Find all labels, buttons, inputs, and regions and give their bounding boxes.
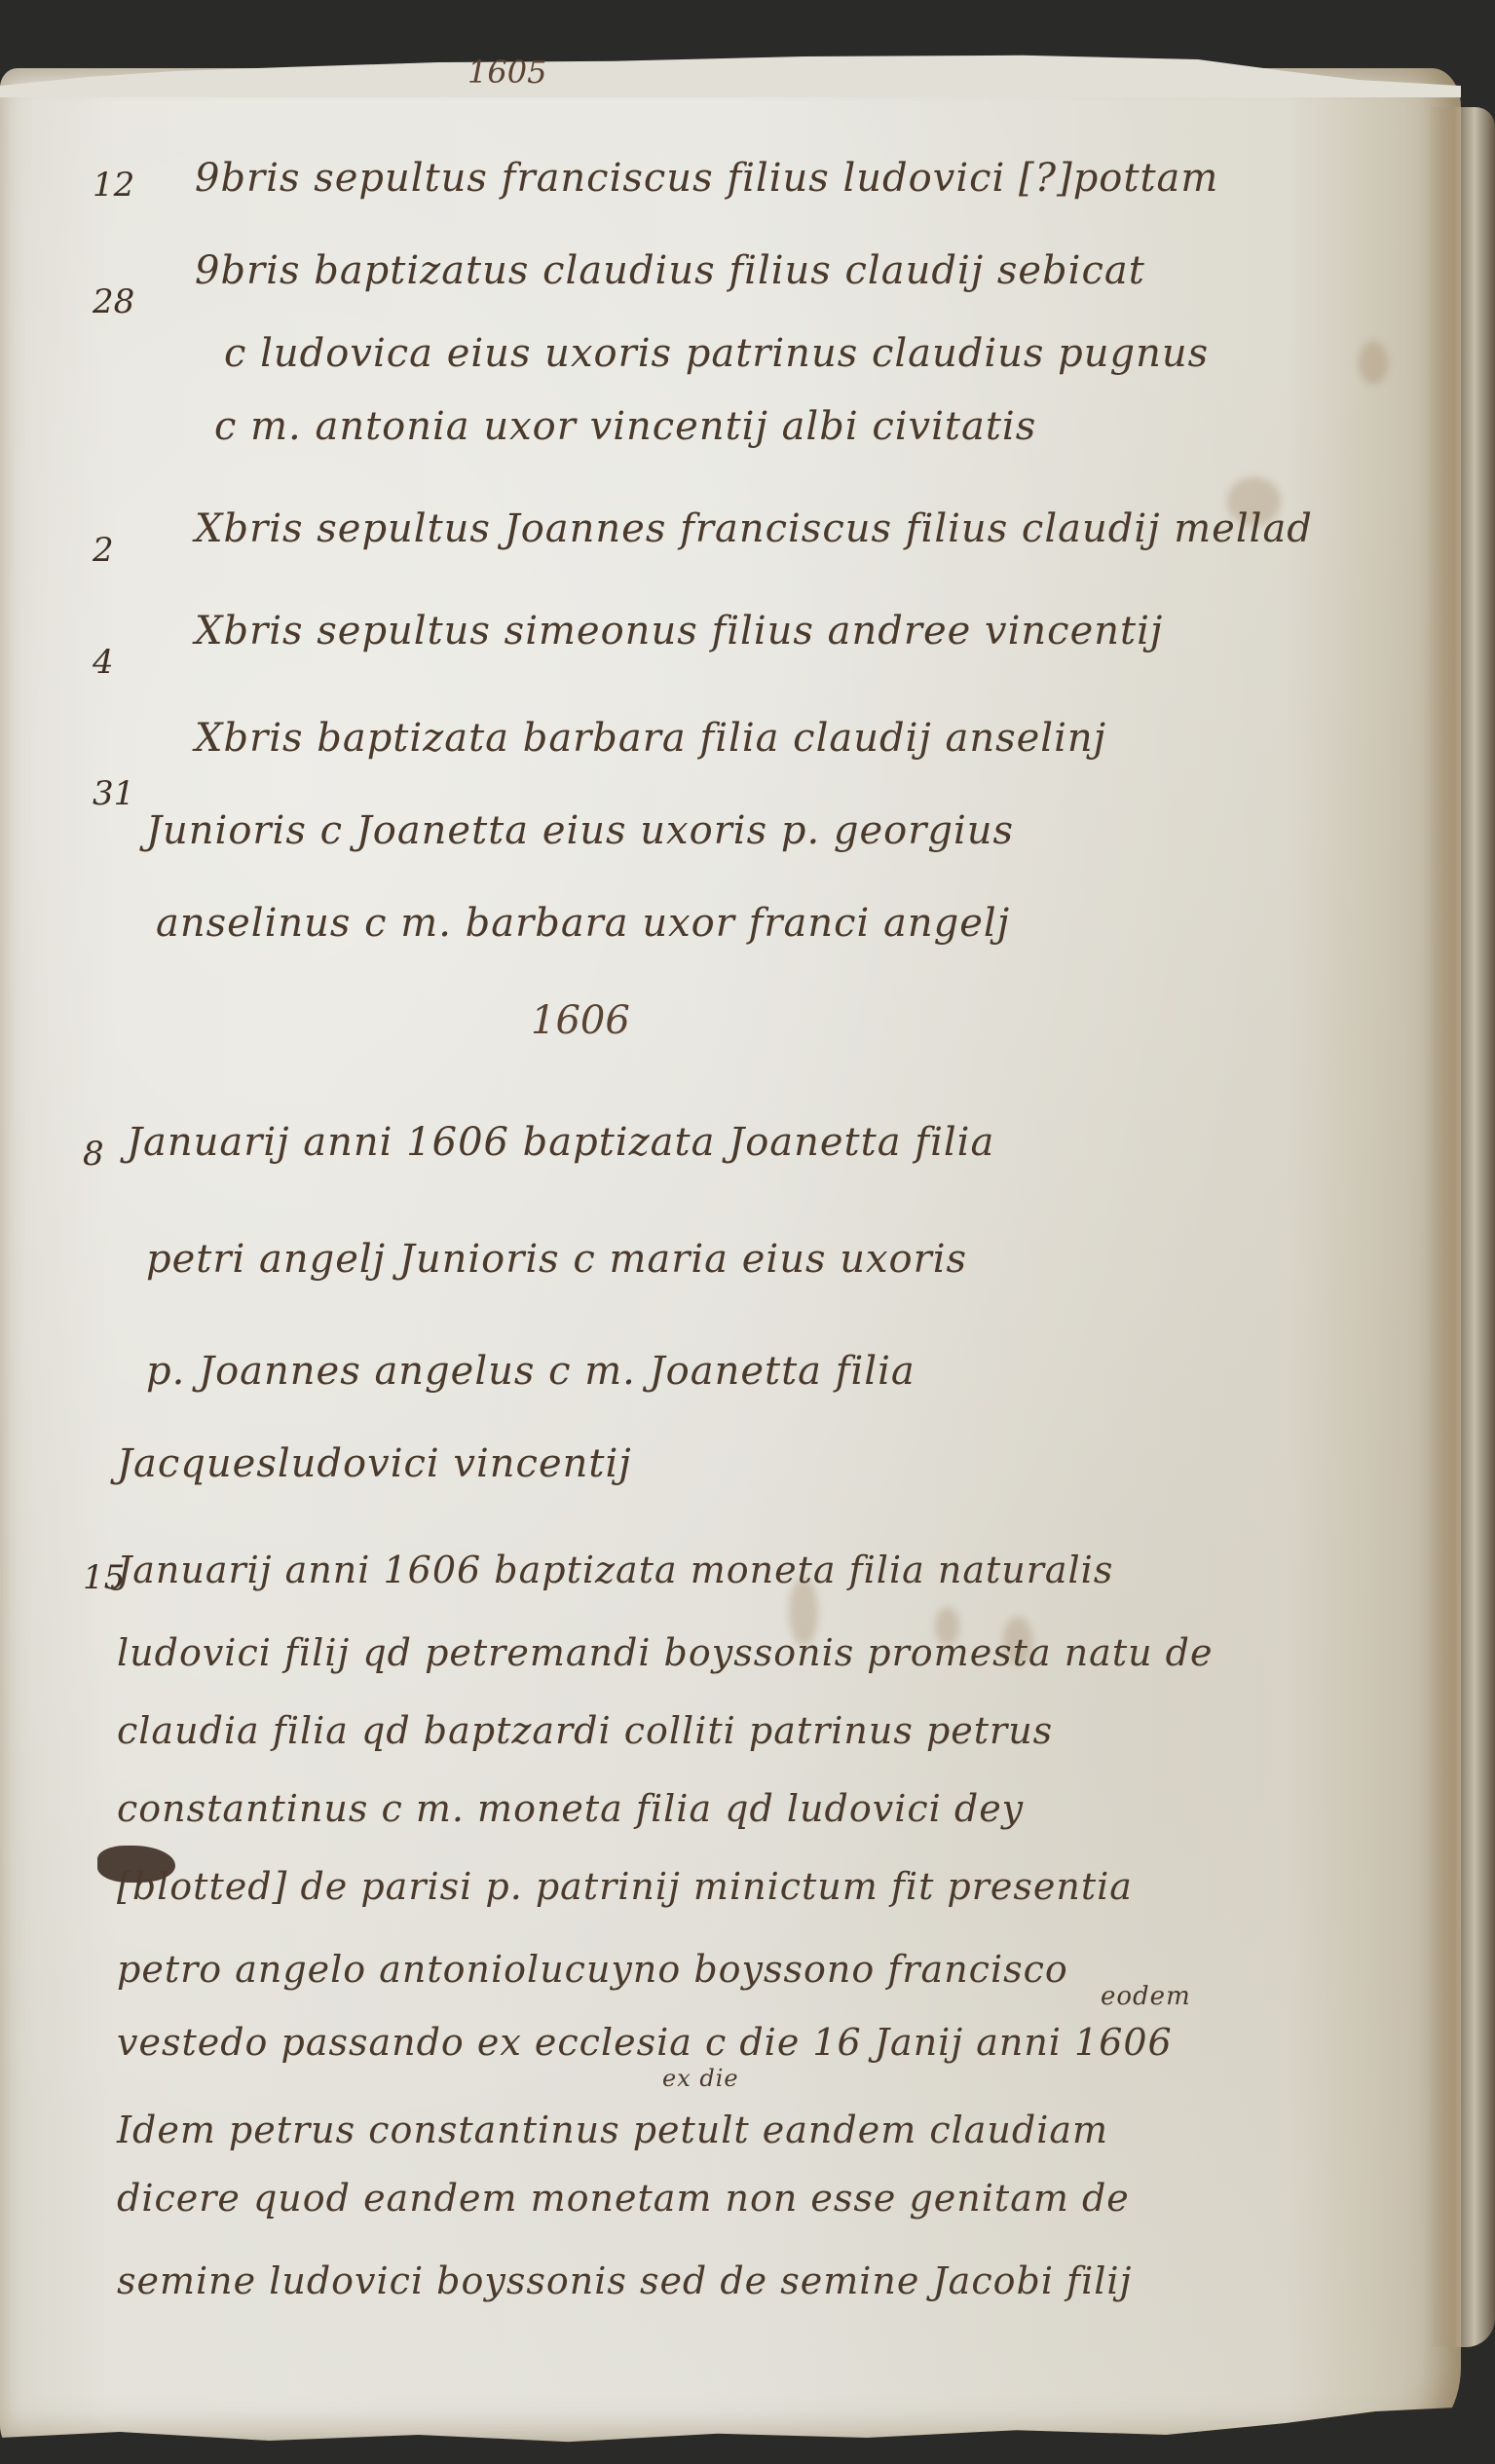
entry-day: 4 <box>93 643 114 682</box>
entry-line: Januarij anni 1606 baptizata Joanetta fi… <box>127 1120 994 1165</box>
entry-line: Xbris sepultus simeonus filius andree vi… <box>195 609 1163 653</box>
interlinear-note: eodem <box>1101 1982 1191 2011</box>
entry-line: petro angelo antoniolucuyno boyssono fra… <box>117 1948 1068 1991</box>
entry-line: Jacquesludovici vincentij <box>117 1441 632 1486</box>
year-header-1605: 1605 <box>467 54 546 91</box>
entry-day: 8 <box>83 1135 104 1174</box>
entry-day: 12 <box>93 166 134 205</box>
entry-line: p. Joannes angelus c m. Joanetta filia <box>146 1349 916 1394</box>
entry-line: Idem petrus constantinus petult eandem c… <box>117 2109 1108 2151</box>
entry-day: 28 <box>93 282 134 321</box>
entry-line: Xbris baptizata barbara filia claudij an… <box>195 716 1106 761</box>
entry-line: dicere quod eandem monetam non esse geni… <box>117 2177 1130 2220</box>
entry-line: vestedo passando ex ecclesia c die 16 Ja… <box>117 2021 1173 2064</box>
entry-line: semine ludovici boyssonis sed de semine … <box>117 2259 1132 2302</box>
entry-line: ludovici filij qd petremandi boyssonis p… <box>117 1631 1213 1674</box>
entry-line: petri angelj Junioris c maria eius uxori… <box>146 1237 967 1282</box>
entry-line: Junioris c Joanetta eius uxoris p. georg… <box>146 808 1014 853</box>
entry-line: 9bris baptizatus claudius filius claudij… <box>195 248 1145 293</box>
entry-line: c ludovica eius uxoris patrinus claudius… <box>224 331 1209 376</box>
entry-line: constantinus c m. moneta filia qd ludovi… <box>117 1787 1024 1830</box>
entry-line: claudia filia qd baptzardi colliti patri… <box>117 1709 1053 1752</box>
entry-day: 2 <box>93 531 114 570</box>
entry-line: [blotted] de parisi p. patrinij minictum… <box>117 1865 1133 1908</box>
entry-line: 9bris sepultus franciscus filius ludovic… <box>195 156 1218 201</box>
entry-line: c m. antonia uxor vincentij albi civitat… <box>214 404 1036 449</box>
stain <box>1359 341 1388 385</box>
entry-line: Xbris sepultus Joannes franciscus filius… <box>195 506 1313 551</box>
interlinear-note: ex die <box>662 2065 739 2092</box>
year-header-1606: 1606 <box>531 998 630 1043</box>
entry-line: Januarij anni 1606 baptizata moneta fili… <box>117 1549 1113 1591</box>
page-binding-edge <box>1427 107 1495 2347</box>
entry-line: anselinus c m. barbara uxor franci angel… <box>156 901 1010 946</box>
entry-day: 31 <box>93 774 134 813</box>
